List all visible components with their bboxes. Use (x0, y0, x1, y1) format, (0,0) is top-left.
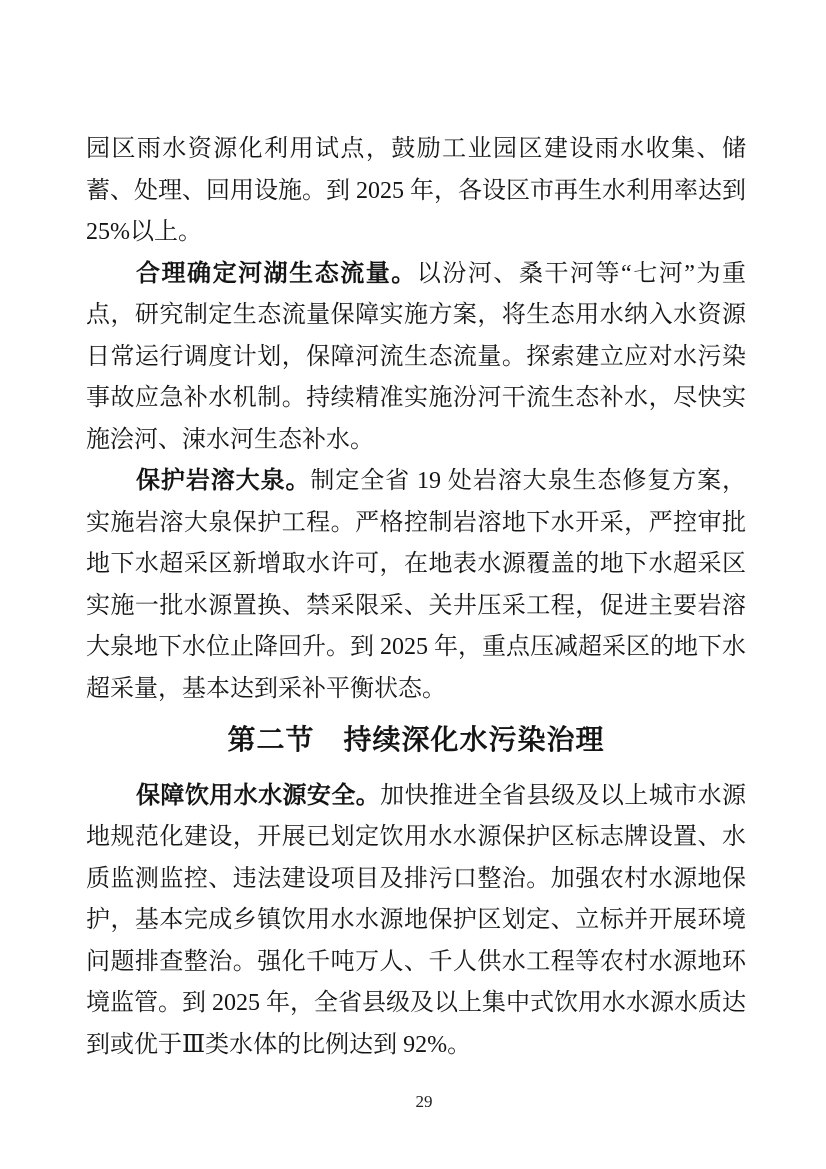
paragraph-lead: 保护岩溶大泉。 (136, 468, 310, 494)
document-body: 园区雨水资源化利用试点，鼓励工业园区建设雨水收集、储蓄、处理、回用设施。到 20… (86, 129, 746, 1066)
body-paragraph-drinking-water: 保障饮用水水源安全。加快推进全省县级及以上城市水源地规范化建设，开展已划定饮用水… (86, 776, 746, 1067)
paragraph-text: 制定全省 19 处岩溶大泉生态修复方案，实施岩溶大泉保护工程。严格控制岩溶地下水… (86, 468, 746, 702)
page-footer: 29 (0, 1092, 826, 1112)
paragraph-text: 加快推进全省县级及以上城市水源地规范化建设，开展已划定饮用水水源保护区标志牌设置… (86, 783, 746, 1058)
section-heading: 第二节 持续深化水污染治理 (86, 720, 746, 762)
body-paragraph-karst-springs: 保护岩溶大泉。制定全省 19 处岩溶大泉生态修复方案，实施岩溶大泉保护工程。严格… (86, 461, 746, 710)
body-paragraph-eco-flow: 合理确定河湖生态流量。以汾河、桑干河等“七河”为重点，研究制定生态流量保障实施方… (86, 254, 746, 462)
paragraph-text: 园区雨水资源化利用试点，鼓励工业园区建设雨水收集、储蓄、处理、回用设施。到 20… (86, 136, 746, 245)
page-number: 29 (416, 1092, 433, 1112)
paragraph-lead: 合理确定河湖生态流量。 (136, 261, 417, 287)
paragraph-text: 以汾河、桑干河等“七河”为重点，研究制定生态流量保障实施方案，将生态用水纳入水资… (86, 261, 746, 453)
paragraph-lead: 保障饮用水水源安全。 (136, 783, 380, 809)
document-page: 园区雨水资源化利用试点，鼓励工业园区建设雨水收集、储蓄、处理、回用设施。到 20… (0, 0, 826, 1169)
body-paragraph-continuation: 园区雨水资源化利用试点，鼓励工业园区建设雨水收集、储蓄、处理、回用设施。到 20… (86, 129, 746, 254)
